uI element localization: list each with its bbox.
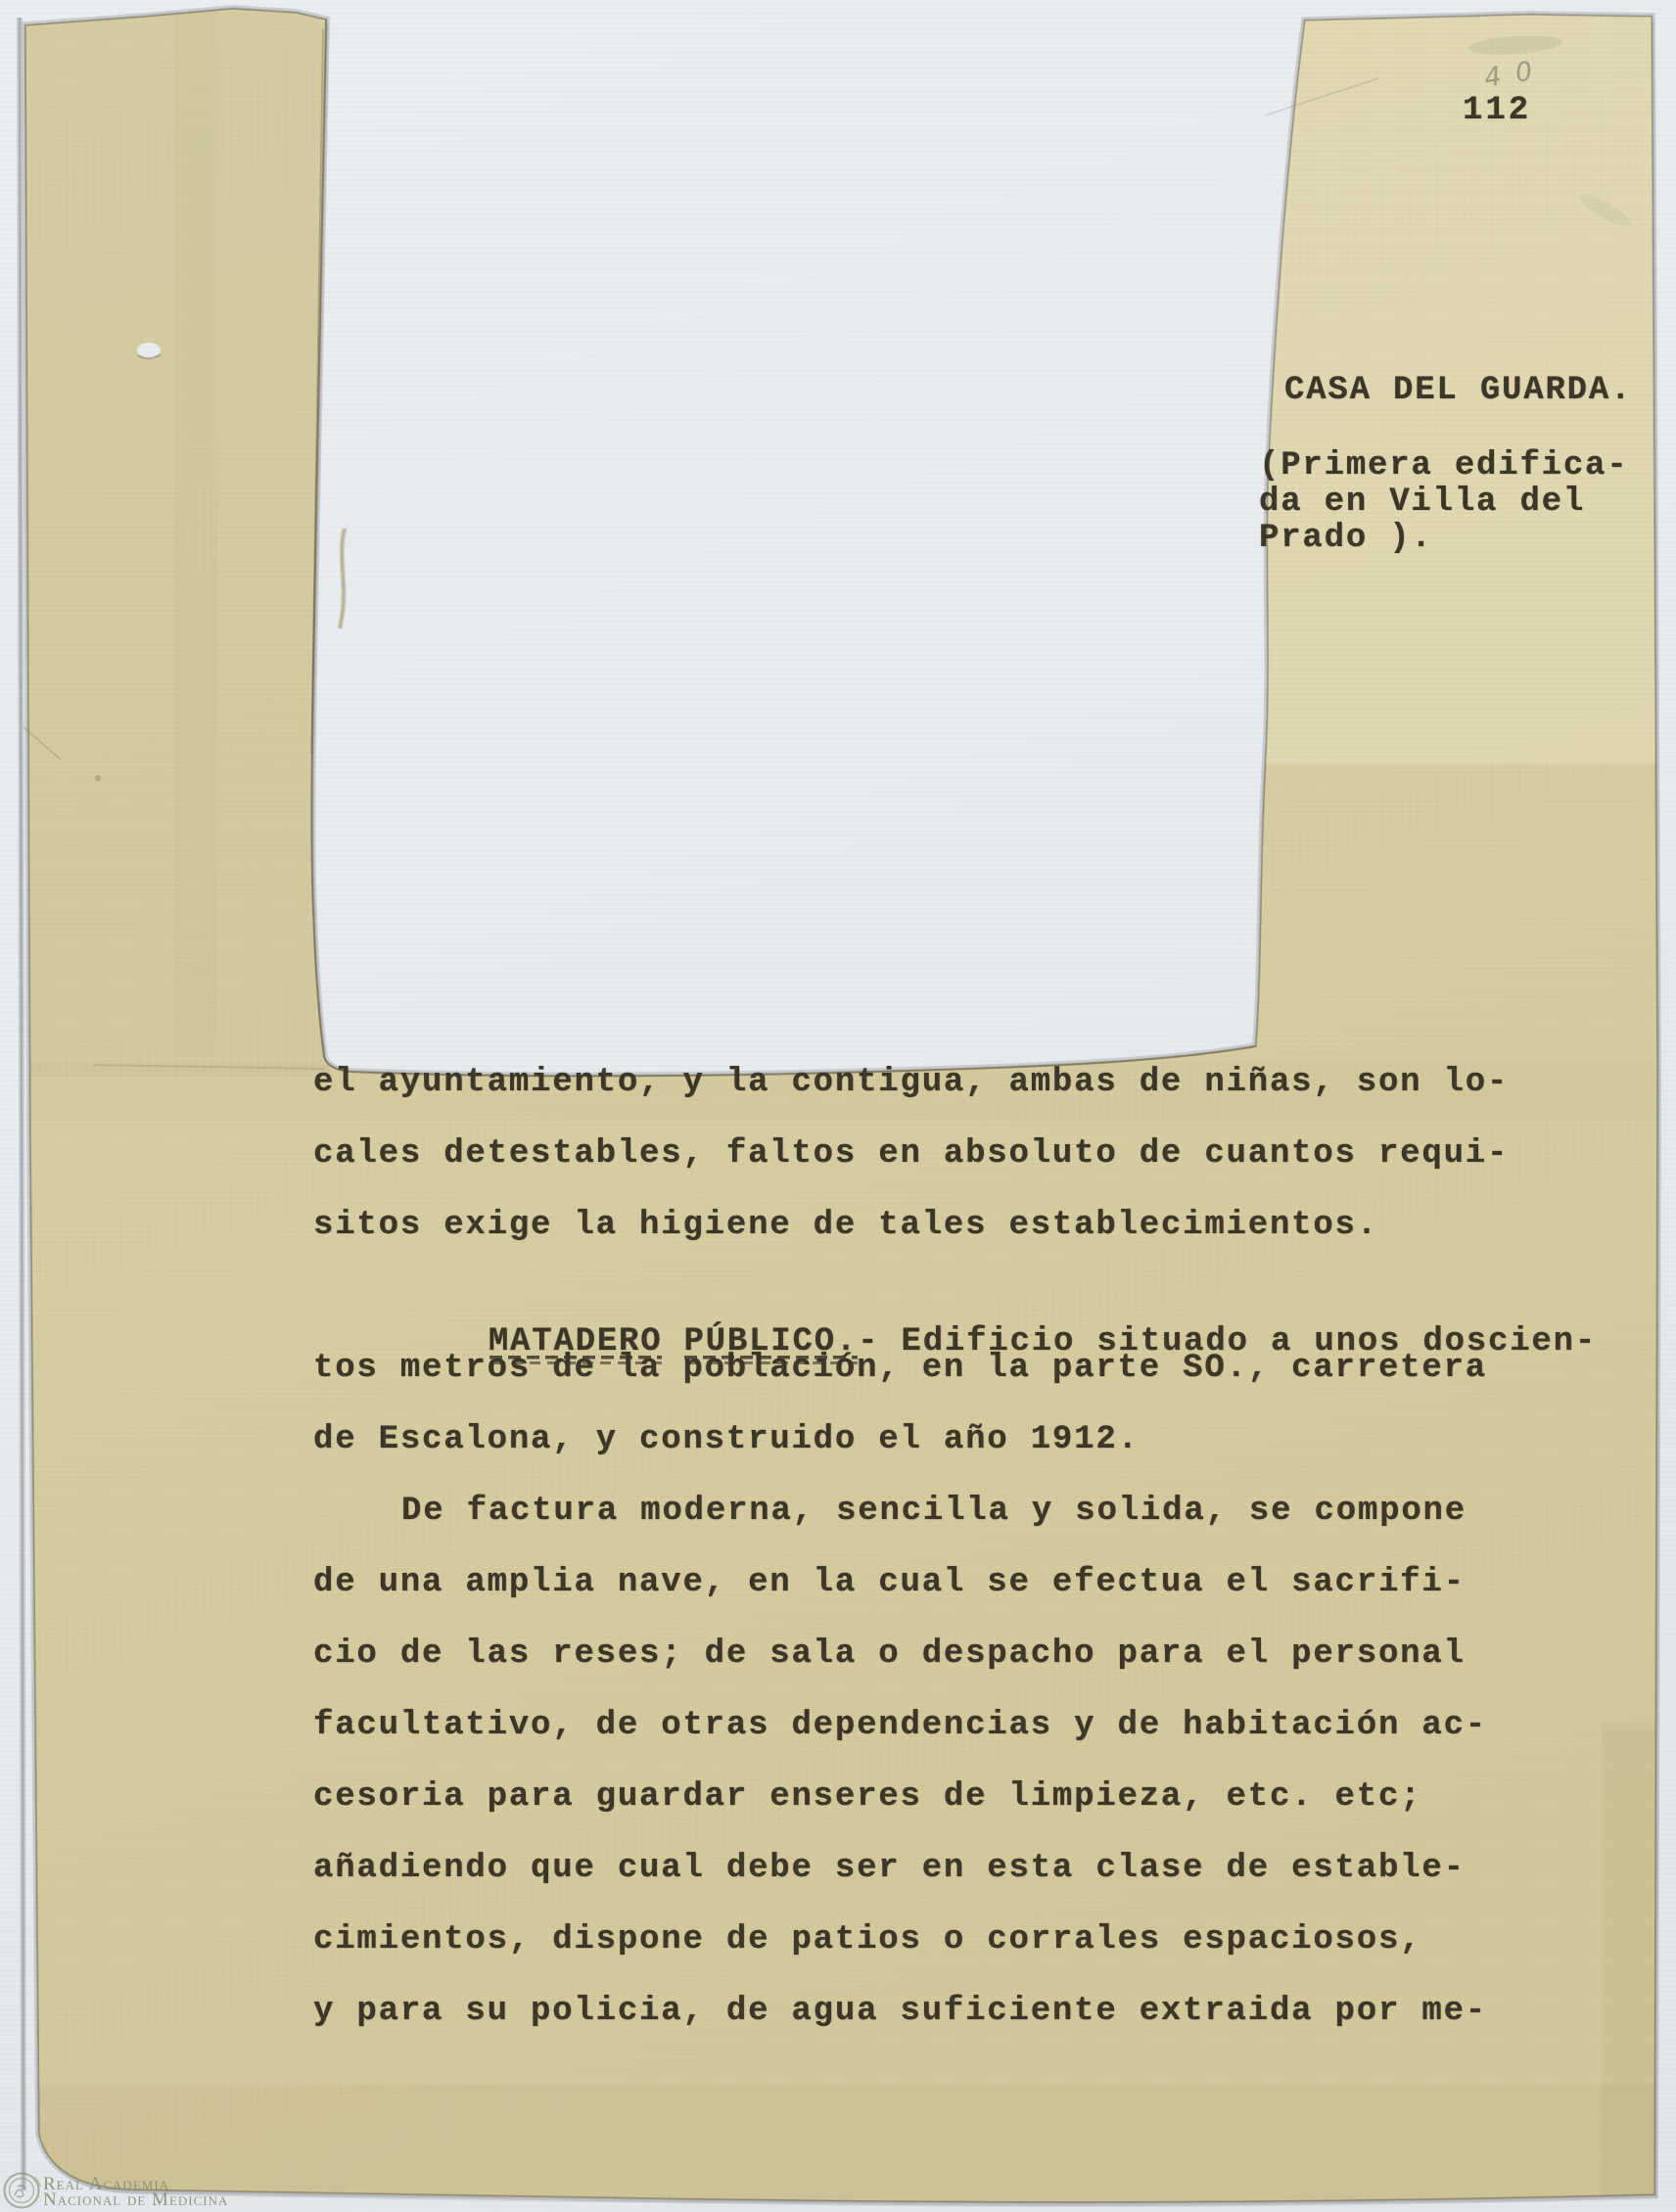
notch-edge-shadow [311, 20, 1256, 1076]
body-line: cesoria para guardar enseres de limpieza… [313, 1774, 1421, 1820]
body-line: De factura moderna, sencilla y solida, s… [401, 1489, 1466, 1534]
watermark-line: Nacional de Medicina [43, 2189, 228, 2211]
body-line: añadiendo que cual debe ser en esta clas… [313, 1846, 1466, 1891]
academy-seal-icon [2, 2169, 43, 2212]
body-line: cimientos, dispone de patios o corrales … [313, 1917, 1421, 1962]
body-line: facultativo, de otras dependencias y de … [313, 1703, 1487, 1748]
body-line: el ayuntamiento, y la contigua, ambas de… [313, 1060, 1509, 1105]
body-line: tos metros de la población, en la parte … [313, 1346, 1487, 1391]
scanned-document-page: 112 40 CASA DEL GUARDA. (Primera edifica… [0, 0, 1676, 2212]
body-line: sitos exige la higiene de tales establec… [313, 1203, 1378, 1248]
body-line: cio de las reses; de sala o despacho par… [313, 1632, 1466, 1677]
body-line: de Escalona, y construido el año 1912. [313, 1417, 1140, 1462]
body-line: de una amplia nave, en la cual se efectu… [313, 1560, 1466, 1605]
page-number: 112 [1463, 88, 1531, 133]
margin-note-line: Prado ). [1259, 516, 1433, 561]
body-line: cales detestables, faltos en absoluto de… [313, 1131, 1509, 1176]
margin-note-heading: CASA DEL GUARDA. [1284, 368, 1632, 413]
body-line: y para su policia, de agua suficiente ex… [313, 1989, 1487, 2034]
